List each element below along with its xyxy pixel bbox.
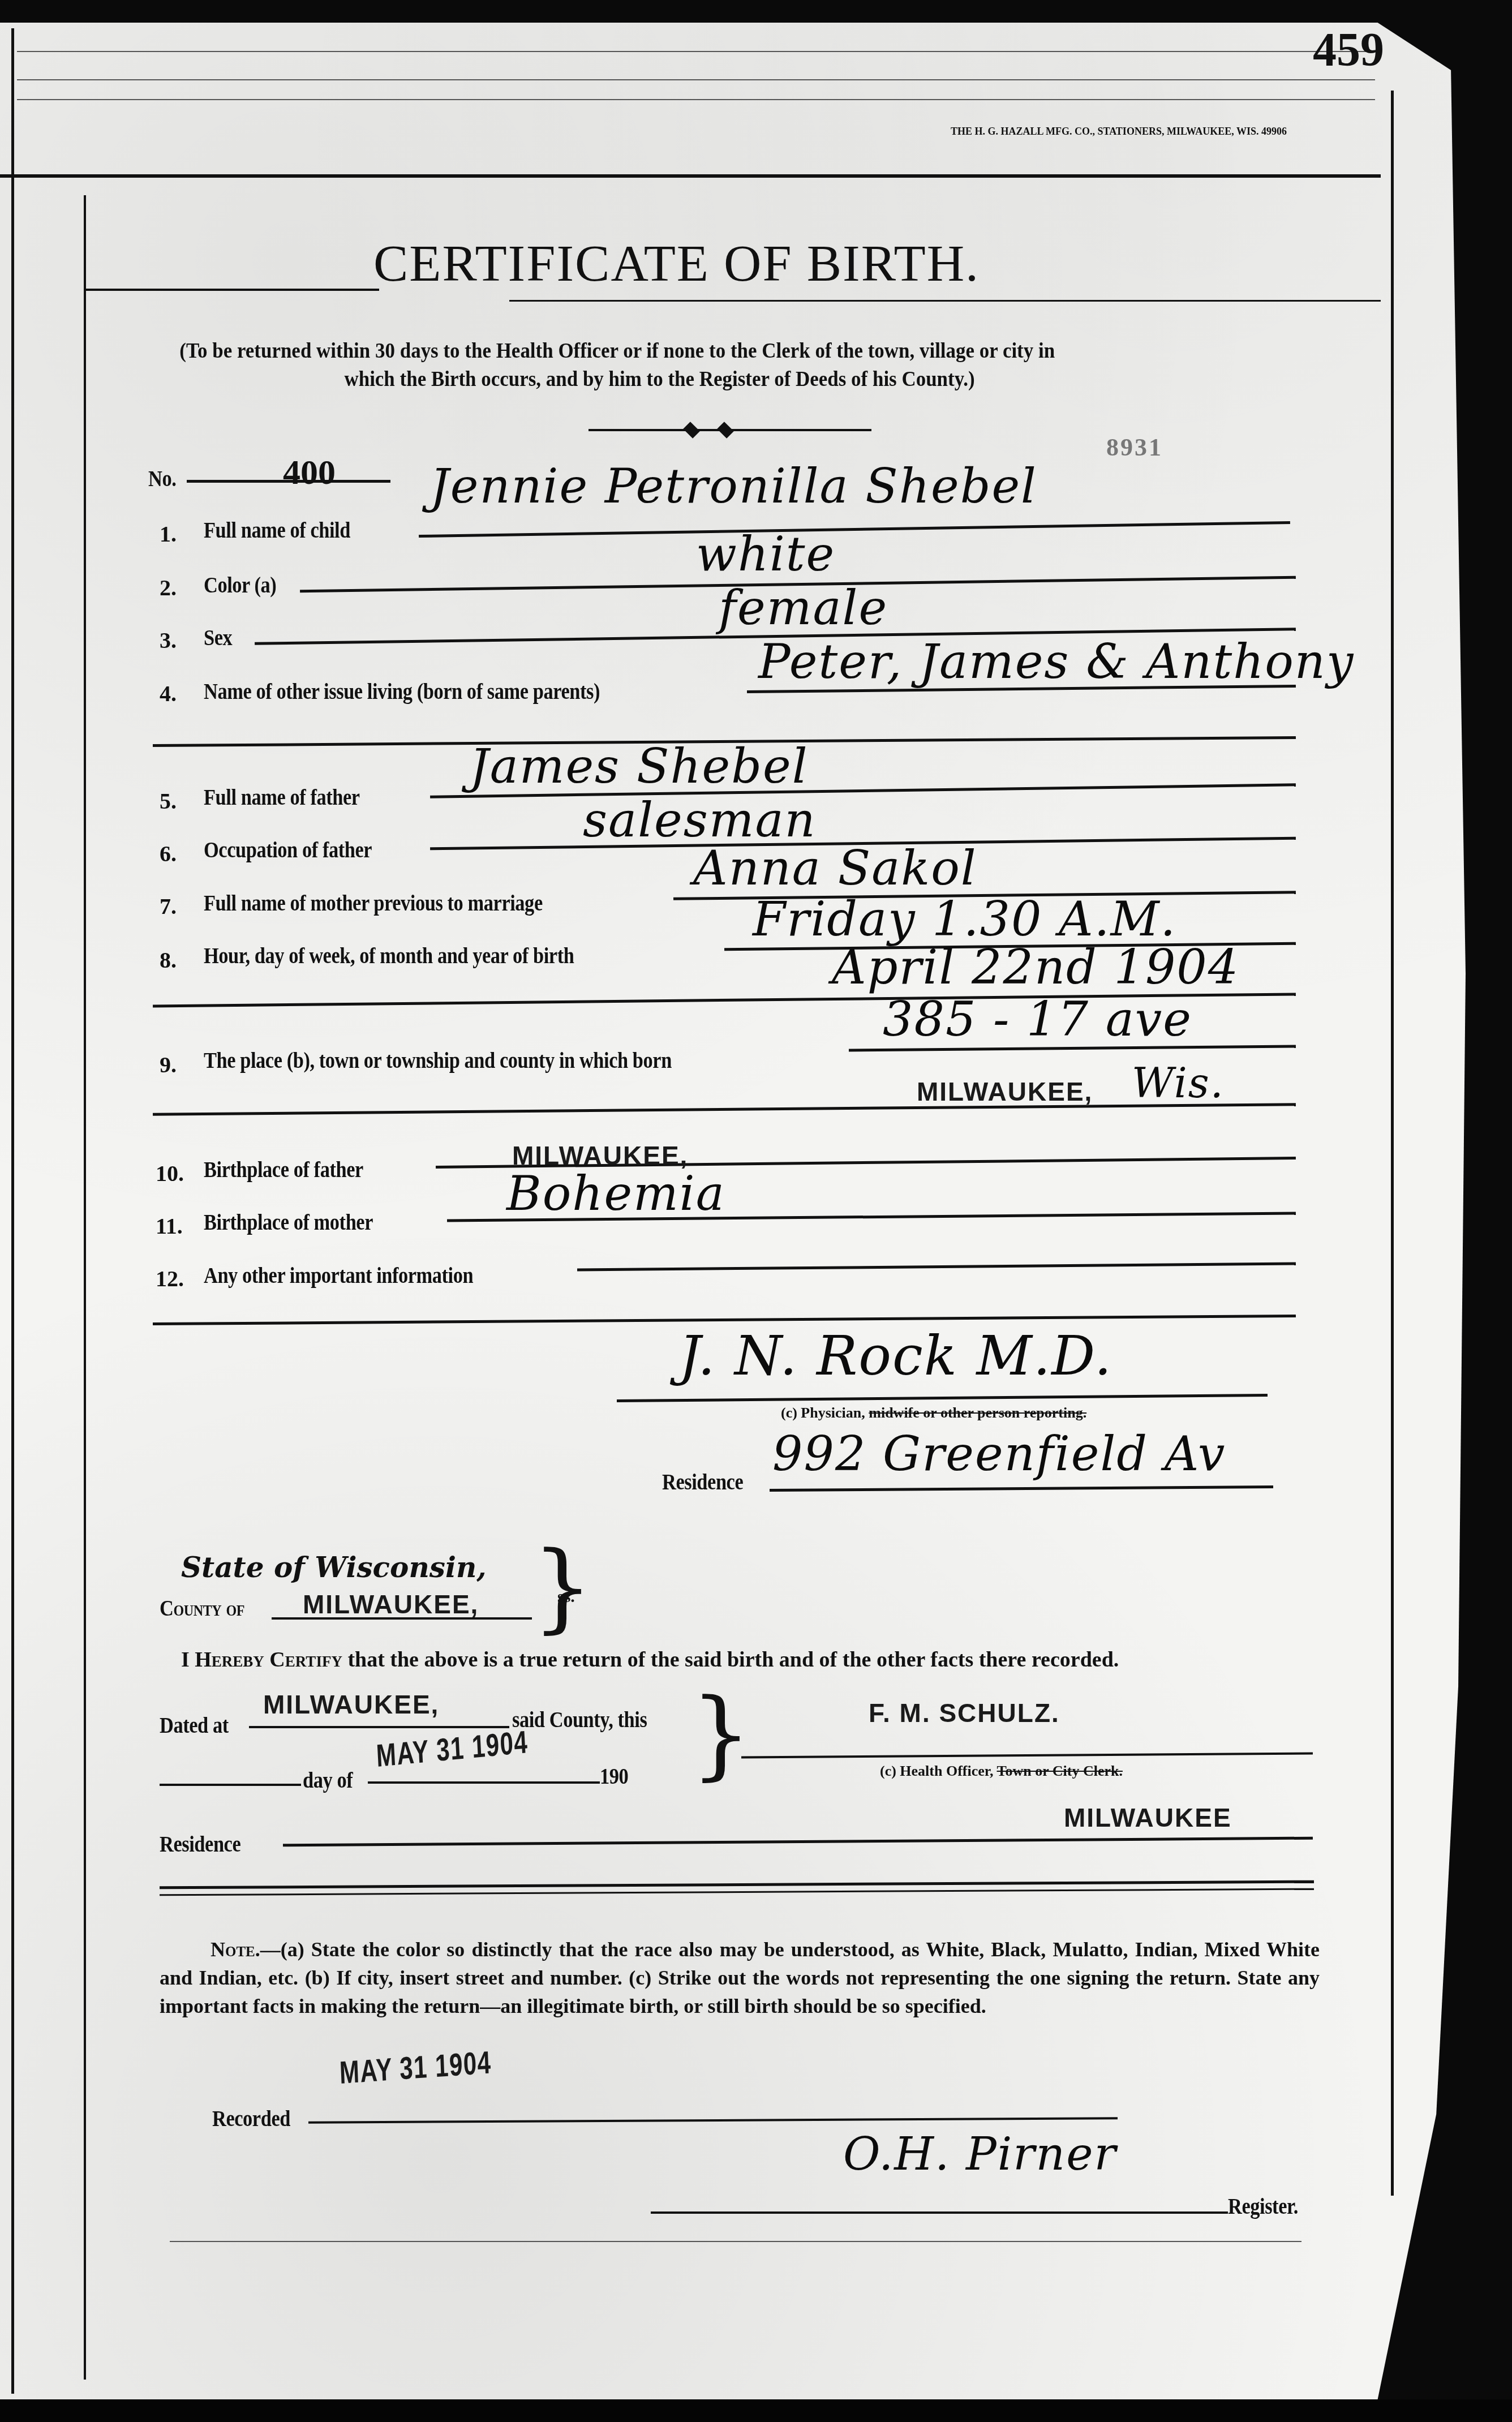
health-officer-name[interactable]: F. M. SCHULZ.: [869, 1698, 1060, 1728]
county-value[interactable]: MILWAUKEE,: [303, 1589, 479, 1620]
field-11-value[interactable]: Bohemia: [506, 1166, 725, 1221]
section-double-rule-2: [160, 1888, 1314, 1896]
health-officer-caption-struck: Town or City Clerk.: [997, 1763, 1123, 1779]
register-signature[interactable]: O.H. Pirner: [843, 2128, 1117, 2180]
certification-text: I Hereby Certify that the above is a tru…: [181, 1646, 1119, 1674]
certification-date-stamp[interactable]: MAY 31 1904: [375, 1723, 529, 1774]
field-8-label: Hour, day of week, of month and year of …: [204, 942, 574, 969]
page-title: CERTIFICATE OF BIRTH.: [373, 233, 980, 293]
left-margin-line: [11, 28, 14, 2394]
physician-residence-line: [770, 1485, 1273, 1492]
day-of-line: [368, 1781, 600, 1784]
certifier-residence-label: Residence: [160, 1831, 240, 1857]
field-8-value-line-1[interactable]: Friday 1.30 A.M.: [753, 891, 1176, 947]
title-rule-right: [509, 300, 1381, 302]
field-10-number: 10.: [156, 1160, 184, 1187]
recorded-line: [308, 2117, 1118, 2123]
field-2-label: Color (a): [204, 572, 276, 598]
field-1-number: 1.: [160, 521, 177, 547]
instructions-line-1: (To be returned within 30 days to the He…: [179, 337, 1055, 365]
field-11-label: Birthplace of mother: [204, 1209, 373, 1235]
field-9-city-stamp: MILWAUKEE,: [917, 1076, 1093, 1107]
field-2-value[interactable]: white: [696, 526, 835, 582]
field-5-label: Full name of father: [204, 784, 360, 810]
physician-residence-value[interactable]: 992 Greenfield Av: [772, 1426, 1226, 1481]
field-5-number: 5.: [160, 788, 177, 814]
title-rule-left: [85, 289, 379, 291]
field-12-label: Any other important information: [204, 1262, 473, 1289]
note-body: —(a) State the color so distinctly that …: [160, 1938, 1320, 2017]
dated-at-value[interactable]: MILWAUKEE,: [263, 1689, 439, 1720]
physician-signature[interactable]: J. N. Rock M.D.: [679, 1324, 1112, 1388]
certify-prefix: I Hereby Certify: [181, 1648, 342, 1672]
field-1-line: [419, 521, 1290, 538]
register-label: Register.: [1228, 2193, 1298, 2219]
right-margin-line: [1391, 91, 1394, 2196]
field-4-label: Name of other issue living (born of same…: [204, 678, 600, 705]
field-7-value[interactable]: Anna Sakol: [693, 840, 977, 896]
field-4-value[interactable]: Peter, James & Anthony: [758, 634, 1354, 689]
field-10-label: Birthplace of father: [204, 1156, 363, 1183]
field-9-number: 9.: [160, 1051, 177, 1078]
state-heading: State of Wisconsin,: [181, 1551, 487, 1584]
physician-residence-label: Residence: [662, 1468, 743, 1495]
certificate-no-value: 400: [283, 453, 336, 493]
field-2-number: 2.: [160, 574, 177, 601]
register-line: [651, 2211, 1228, 2214]
county-label: County of: [160, 1595, 244, 1621]
certificate-page: 459 THE H. G. HAZALL MFG. CO., STATIONER…: [0, 23, 1466, 2399]
recorded-label: Recorded: [212, 2105, 290, 2132]
header-faint-rule-1: [17, 51, 1375, 52]
bottom-faint-rule: [170, 2241, 1301, 2242]
health-officer-line: [741, 1752, 1313, 1758]
page-number: 459: [1313, 23, 1384, 78]
year-prefix: 190: [600, 1763, 628, 1789]
physician-caption-prefix: (c) Physician,: [781, 1405, 865, 1421]
note-label: Note.: [211, 1938, 260, 1961]
recorded-date-stamp[interactable]: MAY 31 1904: [339, 2043, 492, 2091]
physician-caption: (c) Physician, midwife or other person r…: [781, 1405, 1086, 1422]
note-text: Note.—(a) State the color so distinctly …: [160, 1935, 1320, 2020]
health-officer-caption: (c) Health Officer, Town or City Clerk.: [880, 1763, 1123, 1780]
header-rule: [0, 174, 1381, 178]
header-faint-rule-3: [17, 99, 1375, 100]
section-double-rule-1: [160, 1880, 1314, 1889]
day-blank-line: [160, 1784, 301, 1786]
field-9-state-value[interactable]: Wis.: [1132, 1059, 1225, 1107]
field-11-number: 11.: [156, 1213, 183, 1239]
field-8-number: 8.: [160, 947, 177, 973]
field-3-label: Sex: [204, 624, 232, 651]
scan-bottom-border: [0, 2399, 1512, 2422]
ornament-divider: [589, 427, 871, 433]
physician-caption-struck: midwife or other person reporting.: [869, 1405, 1086, 1421]
certifier-residence-line: [283, 1837, 1313, 1847]
right-edge-rule: [1471, 57, 1475, 2094]
inner-left-rule: [84, 195, 86, 2380]
field-1-label: Full name of child: [204, 517, 350, 543]
printer-imprint: THE H. G. HAZALL MFG. CO., STATIONERS, M…: [951, 126, 1287, 138]
instructions-line-2: which the Birth occurs, and by him to th…: [344, 365, 974, 393]
field-12-number: 12.: [156, 1265, 184, 1292]
day-of-label: day of: [303, 1767, 353, 1793]
field-9-continuation-line: [153, 1103, 1296, 1116]
field-9-label: The place (b), town or township and coun…: [204, 1047, 672, 1073]
stamp-number: 8931: [1106, 433, 1163, 462]
field-6-value[interactable]: salesman: [583, 792, 817, 848]
certificate-no-label: No.: [148, 465, 176, 492]
field-7-label: Full name of mother previous to marriage: [204, 890, 543, 916]
field-8-value-line-2[interactable]: April 22nd 1904: [832, 939, 1239, 995]
field-6-number: 6.: [160, 840, 177, 867]
certification-brace: }: [690, 1686, 751, 1783]
field-12-line: [577, 1262, 1296, 1271]
health-officer-caption-prefix: (c) Health Officer,: [880, 1763, 993, 1779]
field-3-number: 3.: [160, 627, 177, 654]
dated-at-label: Dated at: [160, 1712, 229, 1738]
certifier-residence-value[interactable]: MILWAUKEE: [1064, 1802, 1232, 1833]
field-4-number: 4.: [160, 680, 177, 707]
field-6-label: Occupation of father: [204, 836, 372, 863]
field-7-number: 7.: [160, 893, 177, 920]
ss-abbrev: ss.: [557, 1587, 575, 1607]
certify-body: that the above is a true return of the s…: [347, 1648, 1119, 1672]
said-county-label: said County, this: [512, 1706, 647, 1733]
field-1-value[interactable]: Jennie Petronilla Shebel: [430, 458, 1037, 514]
header-faint-rule-2: [17, 79, 1375, 80]
field-5-value[interactable]: James Shebel: [470, 738, 809, 794]
field-9-value[interactable]: 385 - 17 ave: [883, 991, 1192, 1047]
field-3-value[interactable]: female: [719, 580, 888, 635]
physician-signature-line: [617, 1394, 1268, 1402]
